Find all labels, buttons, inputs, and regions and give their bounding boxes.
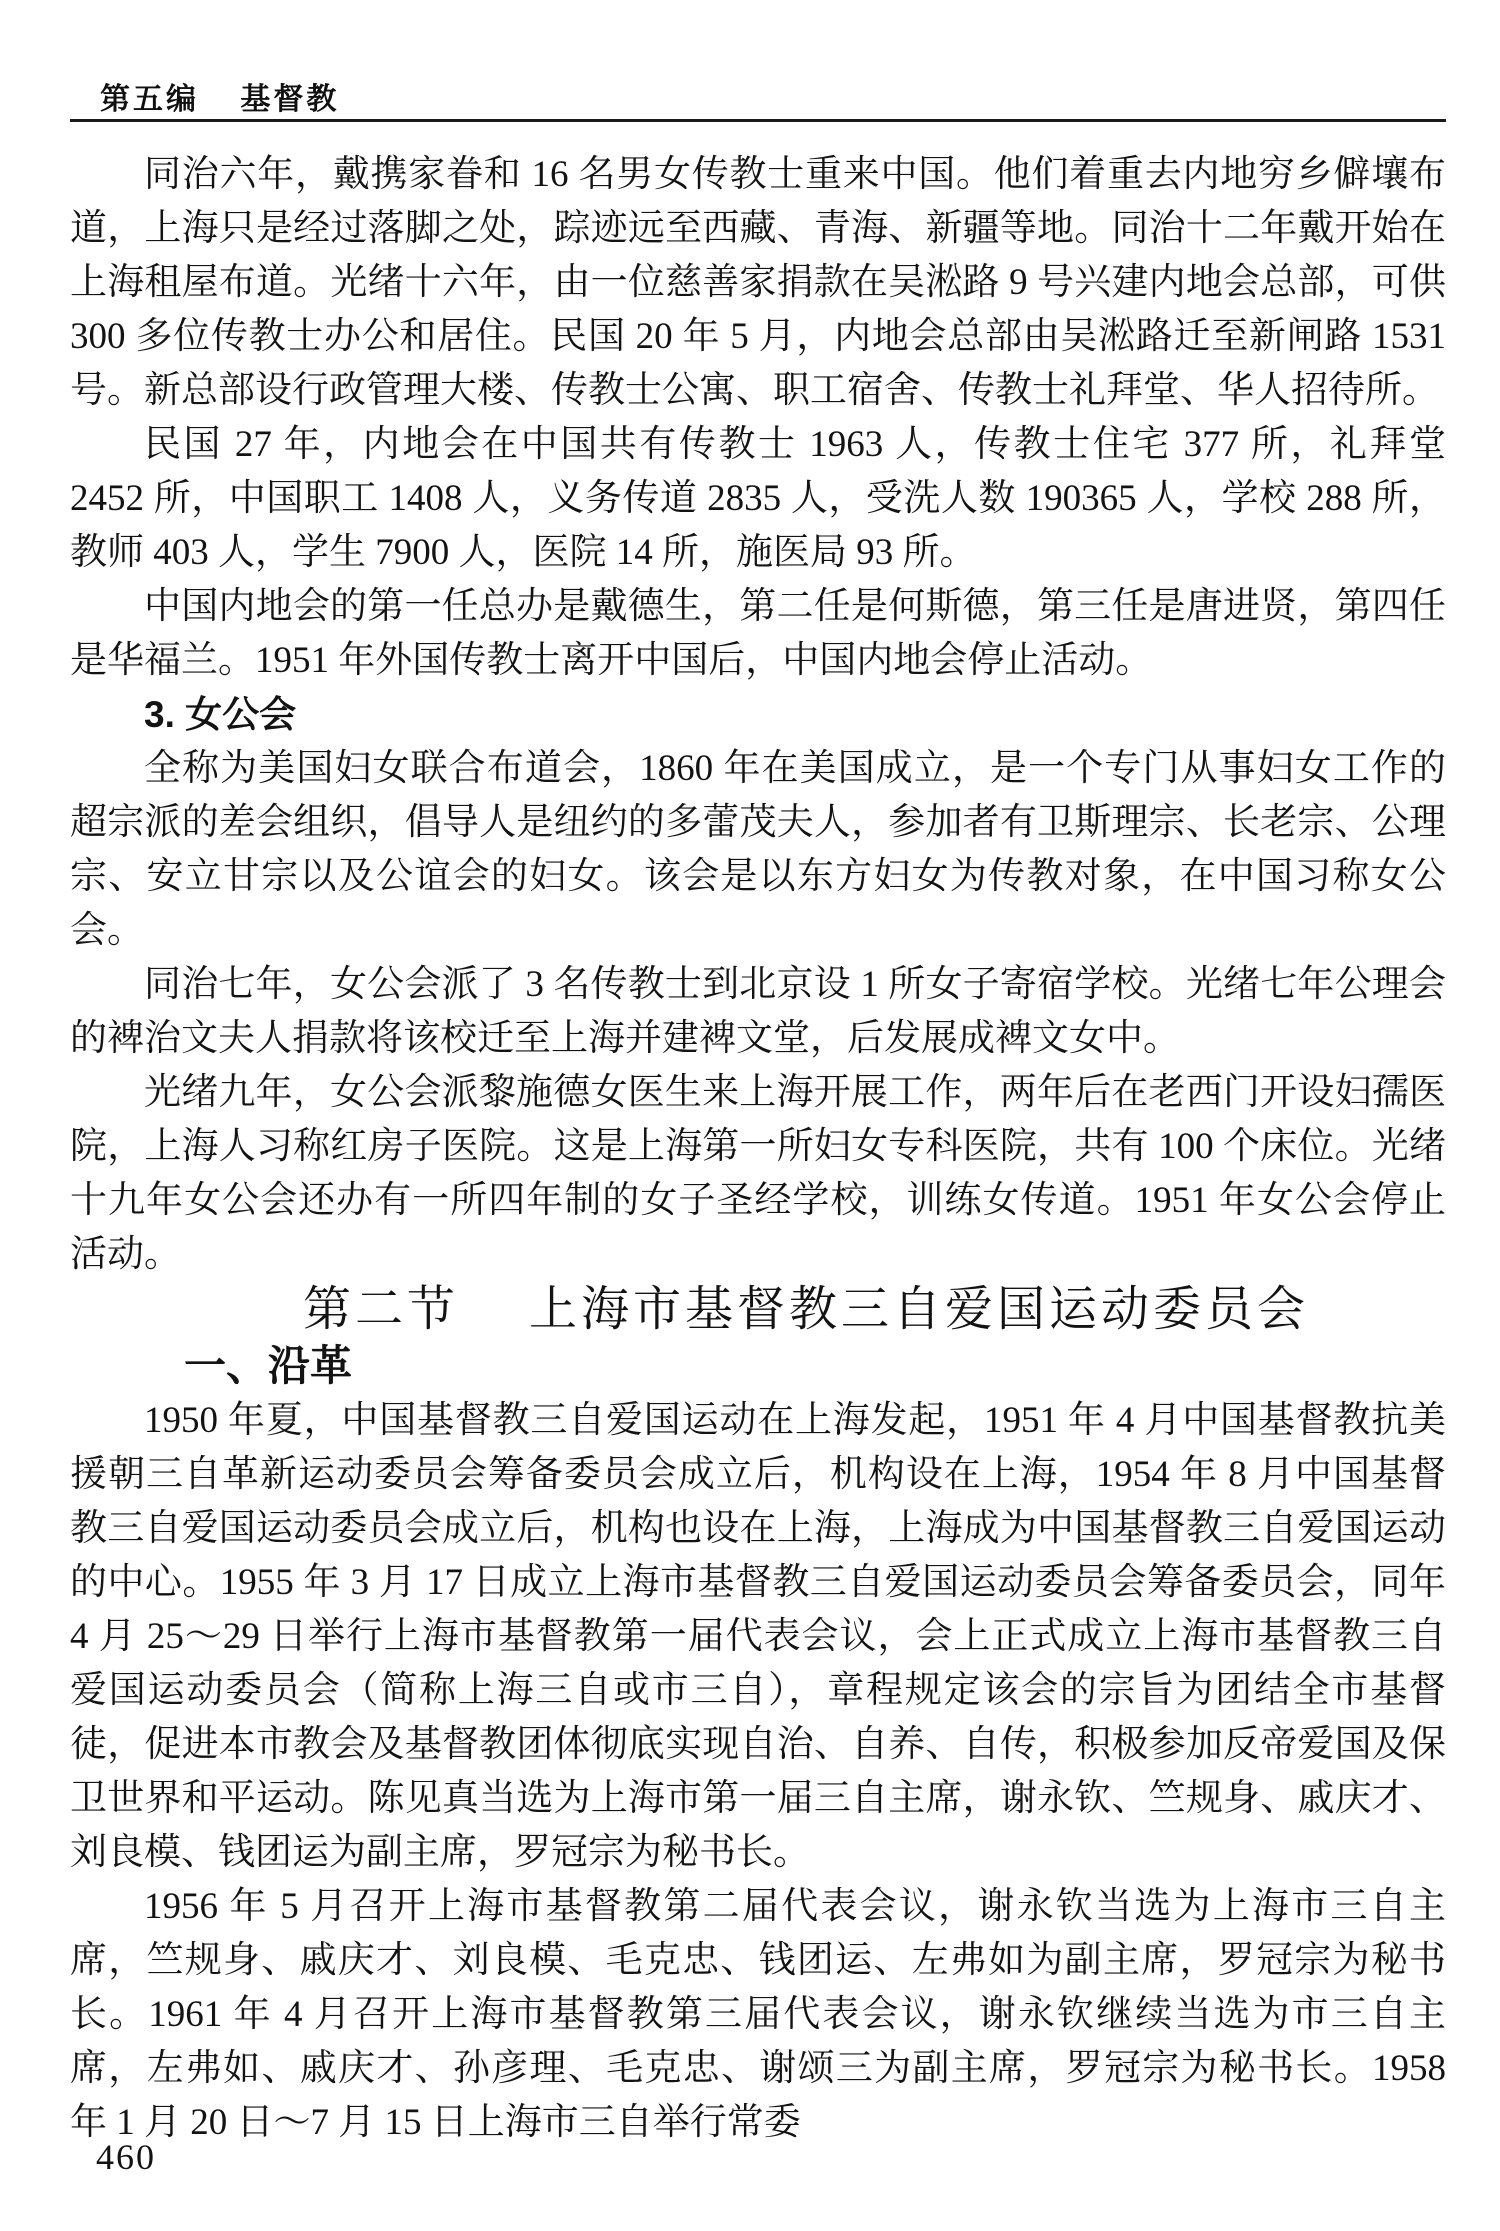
- book-page: 第五编 基督教 同治六年，戴携家眷和 16 名男女传教士重来中国。他们着重去内地…: [0, 0, 1500, 2231]
- women-society-paragraphs: 全称为美国妇女联合布道会，1860 年在美国成立，是一个专门从事妇女工作的超宗派…: [70, 742, 1446, 1282]
- paragraph: 1956 年 5 月召开上海市基督教第二届代表会议，谢永钦当选为上海市三自主席，…: [70, 1880, 1446, 2150]
- intro-paragraphs: 同治六年，戴携家眷和 16 名男女传教士重来中国。他们着重去内地穷乡僻壤布道，上…: [70, 148, 1446, 688]
- page-body: 同治六年，戴携家眷和 16 名男女传教士重来中国。他们着重去内地穷乡僻壤布道，上…: [70, 148, 1446, 2150]
- paragraph: 光绪九年，女公会派黎施德女医生来上海开展工作，两年后在老西门开设妇孺医院，上海人…: [70, 1066, 1446, 1282]
- numbered-subheading-women-society: 3. 女公会: [70, 688, 1446, 742]
- paragraph: 全称为美国妇女联合布道会，1860 年在美国成立，是一个专门从事妇女工作的超宗派…: [70, 742, 1446, 958]
- header-rule-divider: [70, 119, 1446, 122]
- section-two-paragraphs: 1950 年夏，中国基督教三自爱国运动在上海发起，1951 年 4 月中国基督教…: [70, 1394, 1446, 2150]
- subsection-heading-history: 一、沿革: [70, 1338, 1446, 1394]
- paragraph: 同治六年，戴携家眷和 16 名男女传教士重来中国。他们着重去内地穷乡僻壤布道，上…: [70, 148, 1446, 418]
- paragraph: 同治七年，女公会派了 3 名传教士到北京设 1 所女子寄宿学校。光绪七年公理会的…: [70, 958, 1446, 1066]
- section-number: 第二节: [303, 1283, 459, 1336]
- running-header-part: 第五编: [100, 83, 199, 116]
- page-number: 460: [96, 2136, 156, 2178]
- paragraph: 1950 年夏，中国基督教三自爱国运动在上海发起，1951 年 4 月中国基督教…: [70, 1394, 1446, 1880]
- section-heading: 第二节 上海市基督教三自爱国运动委员会: [70, 1282, 1446, 1338]
- running-header-title: 基督教: [240, 83, 339, 116]
- paragraph: 民国 27 年，内地会在中国共有传教士 1963 人，传教士住宅 377 所，礼…: [70, 418, 1446, 580]
- section-title: 上海市基督教三自爱国运动委员会: [529, 1283, 1309, 1336]
- paragraph: 中国内地会的第一任总办是戴德生，第二任是何斯德，第三任是唐进贤，第四任是华福兰。…: [70, 580, 1446, 688]
- running-header: 第五编 基督教: [100, 74, 339, 118]
